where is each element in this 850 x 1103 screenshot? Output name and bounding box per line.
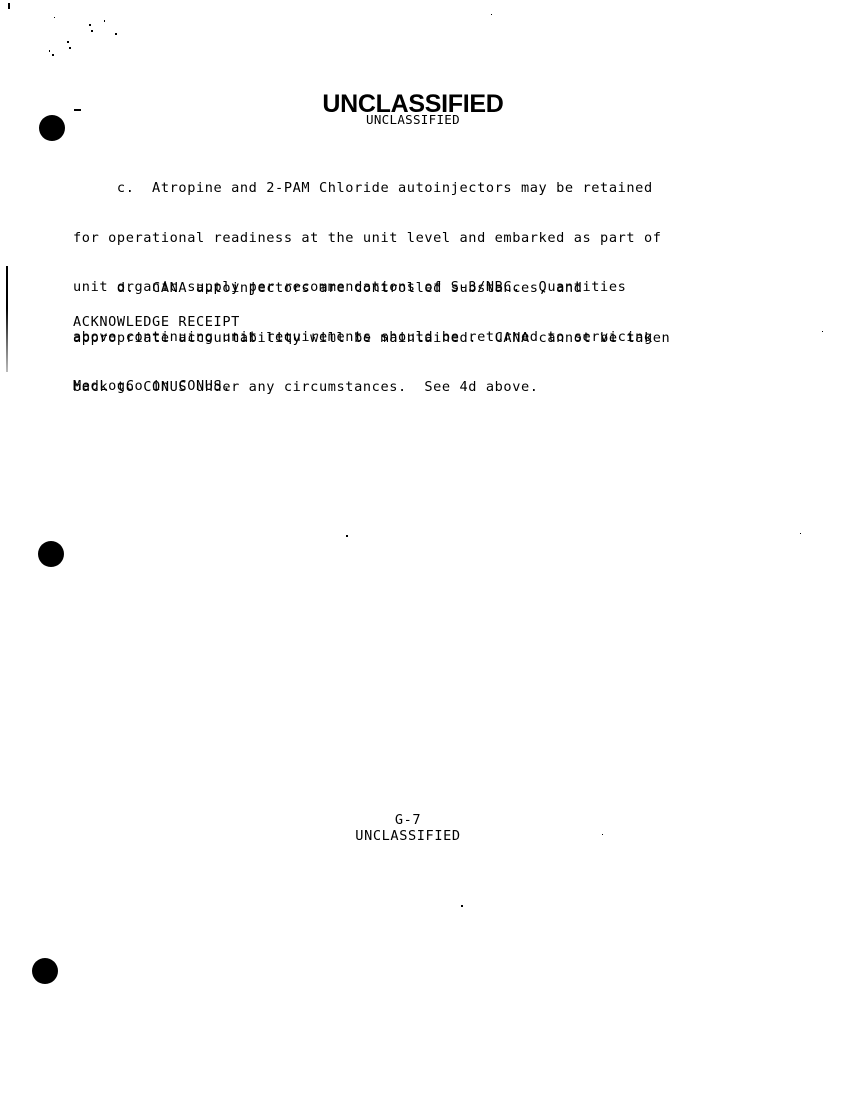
scan-speck <box>52 54 54 56</box>
paragraph-line: back to CONUS under any circumstances. S… <box>73 379 670 396</box>
classification-marking-bottom: UNCLASSIFIED <box>0 828 816 845</box>
paragraph-line: c. Atropine and 2-PAM Chloride autoinjec… <box>73 180 662 197</box>
scan-speck <box>491 14 492 15</box>
scan-edge-line <box>6 266 8 372</box>
hole-punch <box>38 541 64 567</box>
scan-speck <box>346 535 348 537</box>
scan-mark <box>8 3 10 9</box>
paragraph-line: for operational readiness at the unit le… <box>73 230 662 247</box>
scan-speck <box>89 24 91 26</box>
scan-speck <box>822 331 823 332</box>
document-page: UNCLASSIFIED UNCLASSIFIED c. Atropine an… <box>0 0 850 1103</box>
scan-speck <box>49 50 50 52</box>
scan-speck <box>104 20 105 22</box>
classification-marking-top: UNCLASSIFIED <box>0 113 826 127</box>
page-number: G-7 <box>0 812 816 829</box>
scan-speck <box>91 30 93 32</box>
scan-speck <box>115 33 117 35</box>
paragraph-line: appropriate accountability will be maint… <box>73 330 670 347</box>
paragraph-line: d. CANA autoinjectors are controlled sub… <box>73 280 670 297</box>
scan-speck <box>69 47 71 49</box>
scan-speck <box>800 533 801 534</box>
scan-speck <box>67 41 69 43</box>
acknowledge-receipt: ACKNOWLEDGE RECEIPT <box>73 314 240 331</box>
scan-speck <box>461 905 463 907</box>
paragraph-d: d. CANA autoinjectors are controlled sub… <box>73 247 670 429</box>
scan-speck <box>54 17 55 18</box>
hole-punch <box>32 958 58 984</box>
